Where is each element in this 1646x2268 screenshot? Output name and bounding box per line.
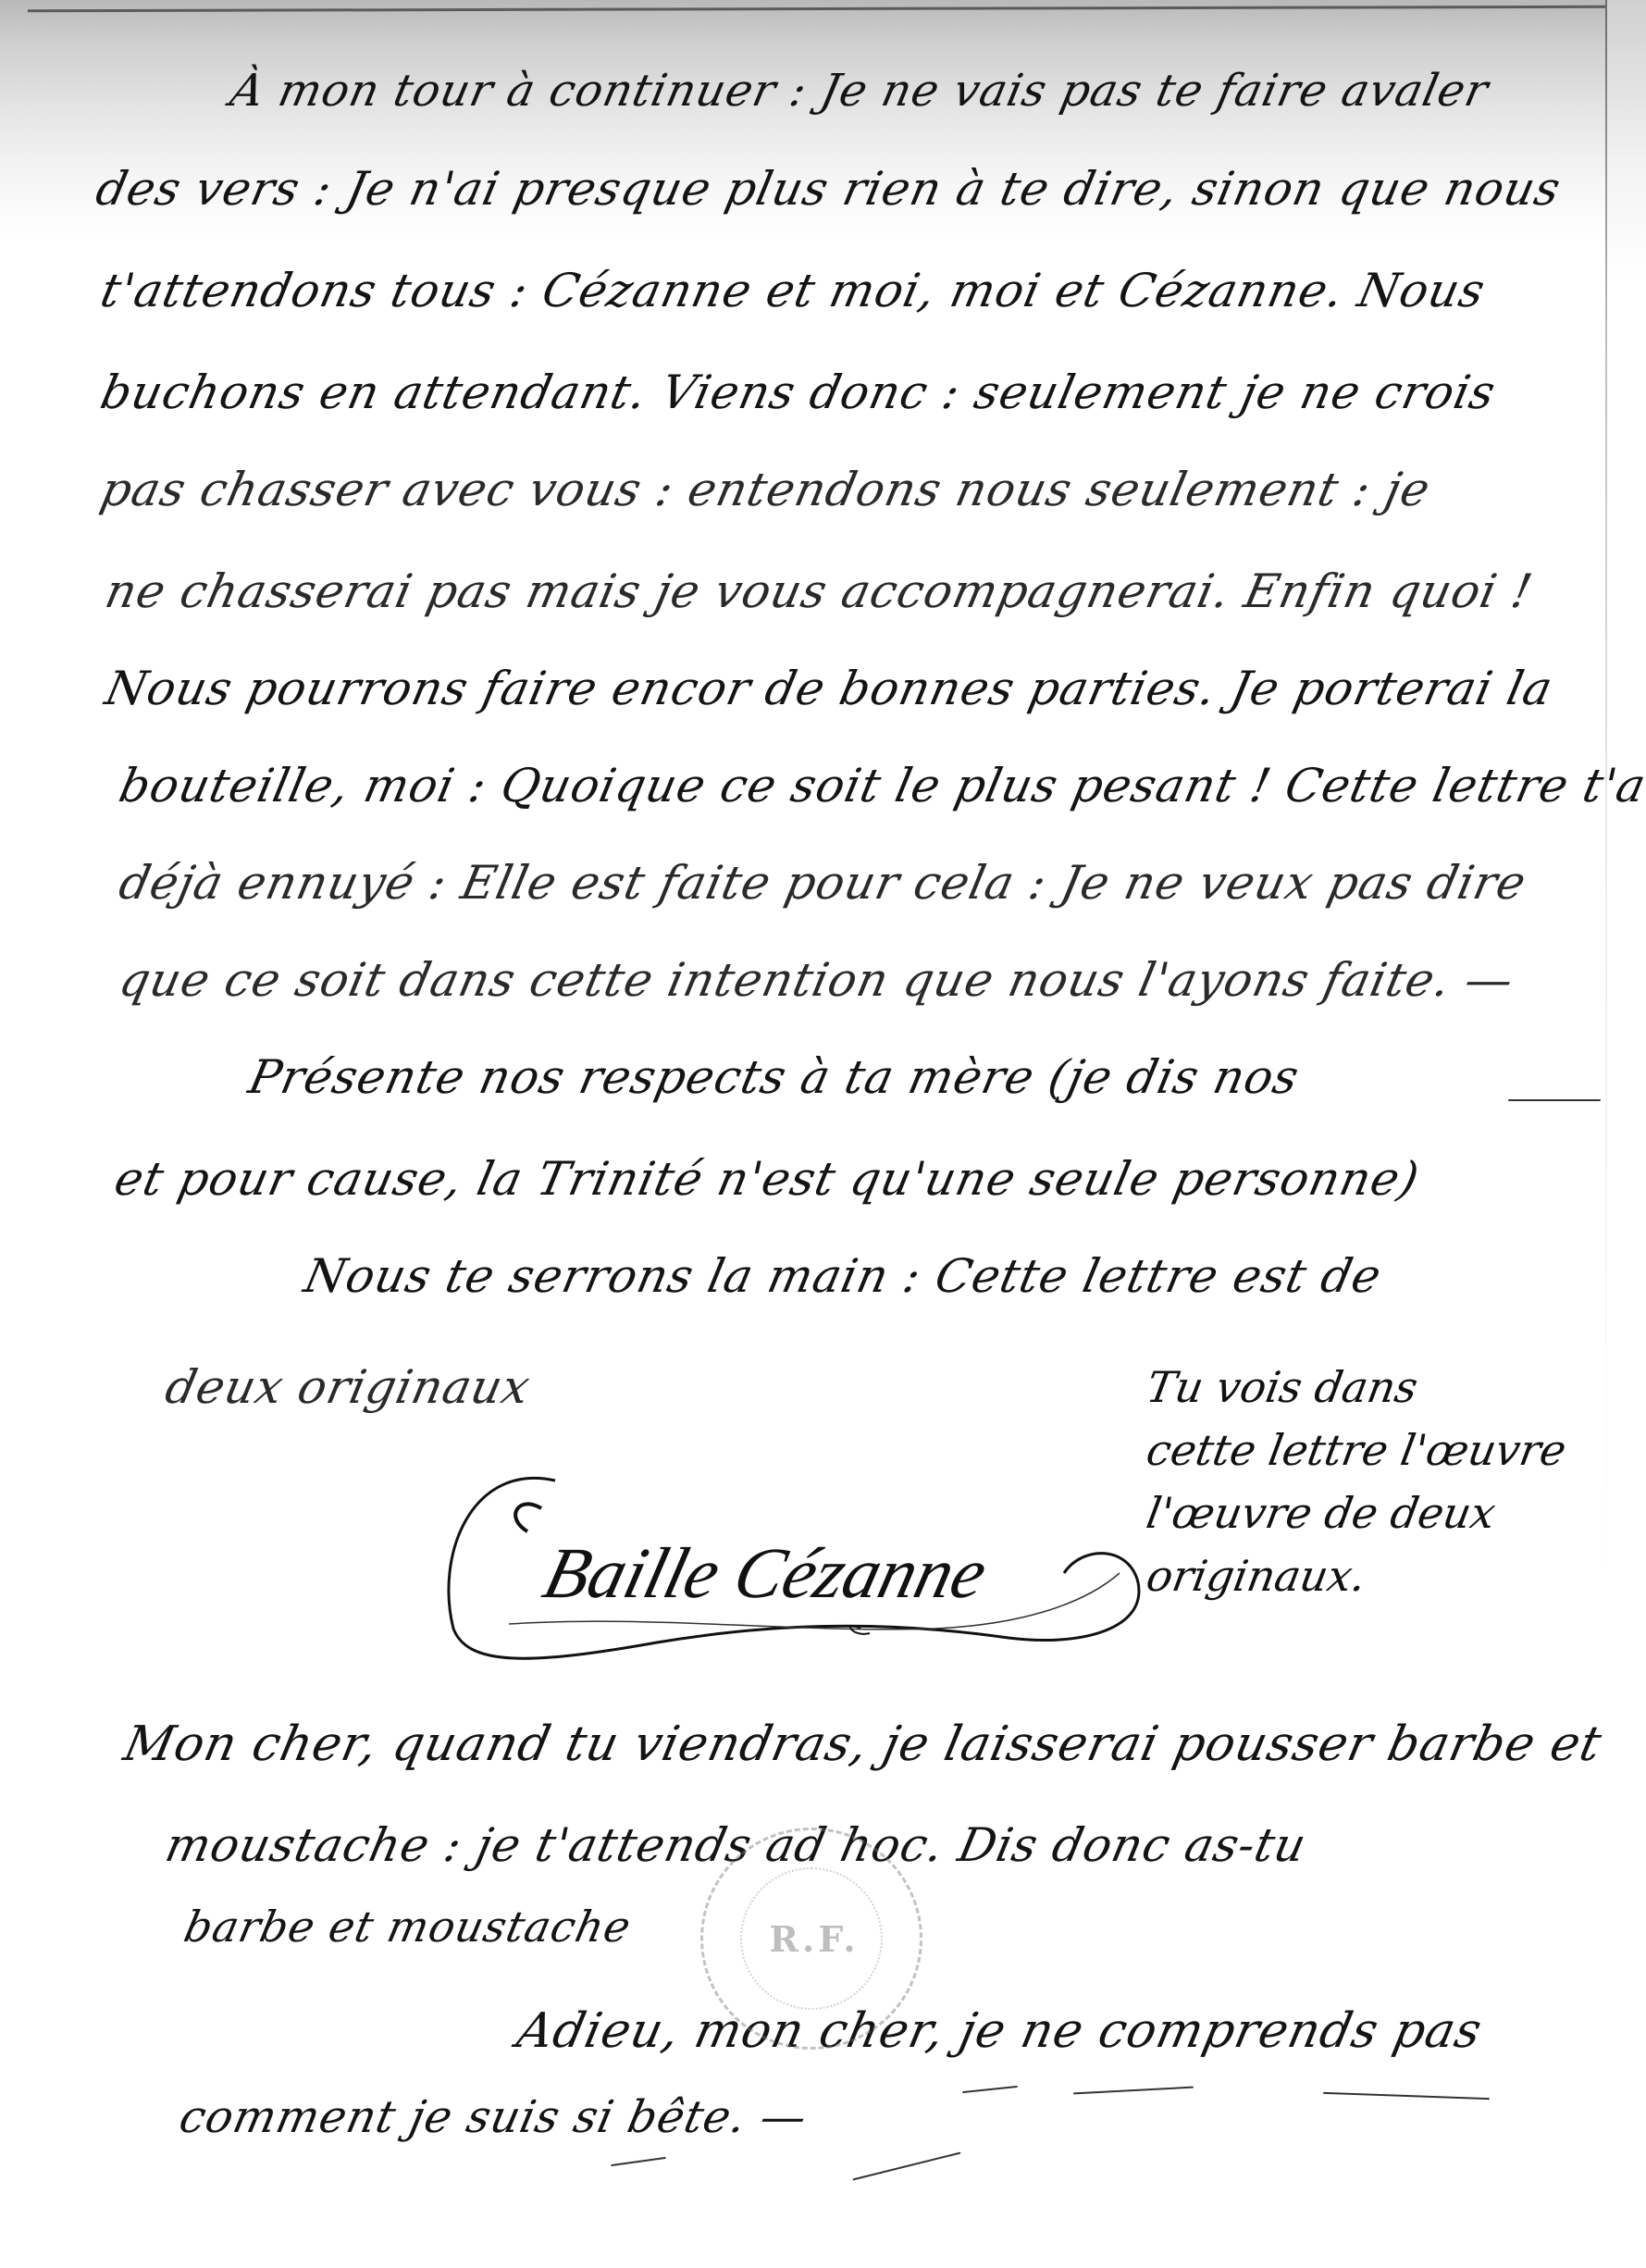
letter-line-6: ne chasserai pas mais je vous accompagne… <box>101 564 1538 618</box>
stamp-label: R.F. <box>703 1918 925 1960</box>
letter-line-9: déjà ennuyé : Elle est faite pour cela :… <box>115 856 1531 910</box>
page-right-shadow <box>1607 0 1646 278</box>
letter-line-10: que ce soit dans cette intention que nou… <box>115 953 1519 1007</box>
signature-name: Baille Cézanne <box>536 1531 996 1615</box>
letter-line-5: pas chasser avec vous : entendons nous s… <box>96 463 1435 516</box>
pen-stroke <box>1073 2087 1194 2095</box>
postscript-line-3: barbe et moustache <box>179 1902 636 1952</box>
letter-line-4: buchons en attendant. Viens donc : seule… <box>96 366 1501 419</box>
pen-stroke <box>853 2152 961 2181</box>
letter-page: À mon tour à continuer : Je ne vais pas … <box>0 0 1646 2268</box>
letter-line-7: Nous pourrons faire encor de bonnes part… <box>101 662 1558 715</box>
letter-line-13: Nous te serrons la main : Cette lettre e… <box>300 1249 1387 1303</box>
pen-stroke <box>962 2086 1018 2093</box>
letter-line-14: deux originaux <box>161 1360 536 1414</box>
signature: Baille Cézanne <box>416 1444 1157 1684</box>
letter-line-3: t'attendons tous : Cézanne et moi, moi e… <box>96 264 1491 317</box>
letter-line-12: et pour cause, la Trinité n'est qu'une s… <box>110 1152 1424 1206</box>
postscript-line-5: comment je suis si bête. — <box>175 2091 812 2143</box>
margin-note: Tu vois dans cette lettre l'œuvre l'œuvr… <box>1147 1356 1628 1607</box>
page-right-edge <box>1605 0 1607 2268</box>
letter-line-2: des vers : Je n'ai presque plus rien à t… <box>92 162 1566 216</box>
postscript-line-1: Mon cher, quand tu viendras, je laissera… <box>119 1716 1607 1772</box>
pen-stroke <box>1323 2092 1490 2100</box>
margin-note-line-4: originaux. <box>1142 1544 1634 1607</box>
margin-note-line-1: Tu vois dans <box>1142 1356 1634 1419</box>
margin-note-line-2: cette lettre l'œuvre <box>1142 1419 1634 1481</box>
letter-line-8: bouteille, moi : Quoique ce soit le plus… <box>115 759 1646 812</box>
margin-note-line-3: l'œuvre de deux <box>1142 1481 1634 1544</box>
library-stamp-icon: R.F. <box>700 1828 922 2050</box>
underline-nos <box>1508 1099 1601 1101</box>
pen-stroke <box>611 2157 666 2166</box>
letter-line-1: À mon tour à continuer : Je ne vais pas … <box>226 65 1493 117</box>
letter-line-11: Présente nos respects à ta mère (je dis … <box>244 1050 1305 1104</box>
postscript-line-4: Adieu, mon cher, je ne comprends pas <box>513 2003 1488 2059</box>
